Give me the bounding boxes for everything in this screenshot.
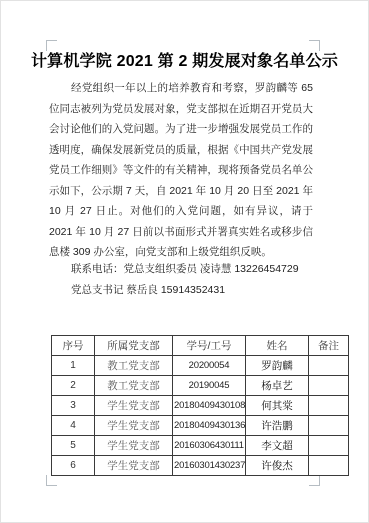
contact-info: 联系电话：党总支组织委员 凌诗慧 13226454729 党总支书记 蔡岳良 1… [49,259,321,301]
cell-serial-number: 2 [52,376,95,396]
cell-party-branch: 学生党支部 [95,416,173,436]
roster-table: 序号 所属党支部 学号/工号 姓名 备注 1 教工党支部 20200054 罗韵… [51,335,349,476]
header-student-id: 学号/工号 [173,336,246,356]
cell-serial-number: 1 [52,356,95,376]
cell-party-branch: 学生党支部 [95,436,173,456]
cell-student-id: 20160306430111 [173,436,246,456]
cell-name: 许浩鹏 [246,416,309,436]
cell-name: 罗韵麟 [246,356,309,376]
cell-note [309,356,349,376]
table-row: 4 学生党支部 20180409430136 许浩鹏 [52,416,349,436]
cell-note [309,436,349,456]
cell-note [309,456,349,476]
cell-party-branch: 教工党支部 [95,356,173,376]
cell-party-branch: 学生党支部 [95,396,173,416]
text-boundary-mark-bottom-left-icon [46,475,57,486]
table-body: 1 教工党支部 20200054 罗韵麟 2 教工党支部 20190045 杨卓… [52,356,349,476]
cell-note [309,396,349,416]
table-row: 5 学生党支部 20160306430111 李文超 [52,436,349,456]
contact-line-secretary: 党总支书记 蔡岳良 15914352431 [71,280,321,301]
table-row: 1 教工党支部 20200054 罗韵麟 [52,356,349,376]
text-boundary-mark-bottom-right-icon [309,475,320,486]
header-serial-number: 序号 [52,336,95,356]
cell-student-id: 20180409430136 [173,416,246,436]
cell-student-id: 20160301430237 [173,456,246,476]
cell-name: 许俊杰 [246,456,309,476]
cell-name: 何其棠 [246,396,309,416]
table-row: 6 学生党支部 20160301430237 许俊杰 [52,456,349,476]
cell-name: 李文超 [246,436,309,456]
cell-serial-number: 5 [52,436,95,456]
header-party-branch: 所属党支部 [95,336,173,356]
cell-student-id: 20180409430108 [173,396,246,416]
cell-note [309,416,349,436]
cell-serial-number: 6 [52,456,95,476]
table-header-row: 序号 所属党支部 学号/工号 姓名 备注 [52,336,349,356]
announcement-paragraph: 经党组织一年以上的培养教育和考察，罗韵麟等 65 位同志被列为党员发展对象，党支… [49,78,313,263]
contact-line-organizer: 联系电话：党总支组织委员 凌诗慧 13226454729 [71,259,321,280]
cell-party-branch: 学生党支部 [95,456,173,476]
document-title: 计算机学院 2021 第 2 期发展对象名单公示 [1,48,368,71]
header-name: 姓名 [246,336,309,356]
cell-student-id: 20200054 [173,356,246,376]
cell-serial-number: 4 [52,416,95,436]
cell-name: 杨卓艺 [246,376,309,396]
cell-party-branch: 教工党支部 [95,376,173,396]
table-row: 2 教工党支部 20190045 杨卓艺 [52,376,349,396]
header-note: 备注 [309,336,349,356]
cell-serial-number: 3 [52,396,95,416]
cell-note [309,376,349,396]
table-row: 3 学生党支部 20180409430108 何其棠 [52,396,349,416]
cell-student-id: 20190045 [173,376,246,396]
word-document-page: { "page": { "title": "计算机学院 2021 第 2 期发展… [0,0,369,523]
